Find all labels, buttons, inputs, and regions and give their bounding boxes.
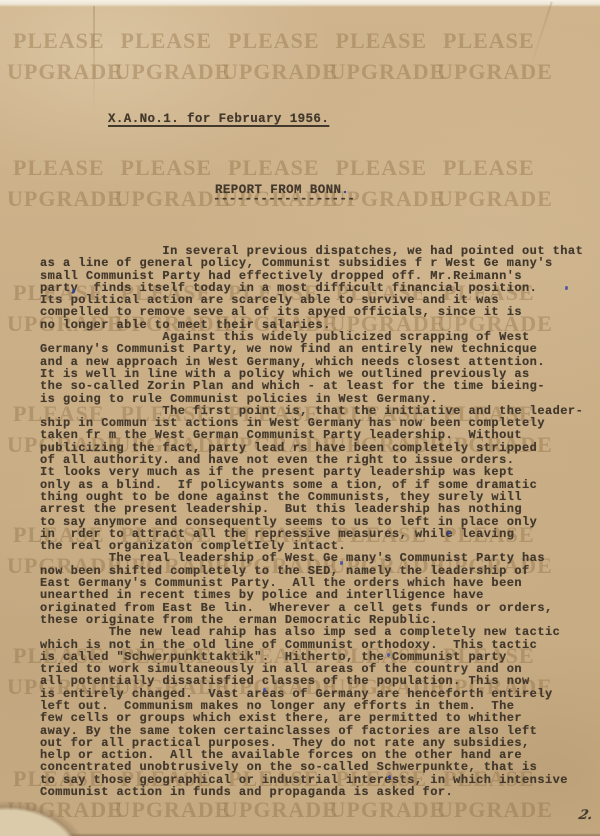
reference-line: X.A.No.1. for February 1956.: [108, 112, 329, 126]
typed-line: Germany's Communist Party, we now find a…: [40, 343, 598, 355]
typed-line: is going to rule Communist policies in W…: [40, 393, 598, 405]
page-number: 2.: [577, 808, 594, 823]
typed-line: all potentially dissatisfied classes of …: [40, 675, 598, 687]
typed-line: few cells or groups which exist there, a…: [40, 712, 598, 724]
typed-line: as a line of general policy, Communist s…: [40, 257, 598, 269]
scanned-page: PLEASEUPGRADEPLEASEUPGRADEPLEASEUPGRADEP…: [0, 0, 600, 836]
typed-line: to say anymore and consequently seems to…: [40, 516, 598, 528]
typed-line: the so-called Zorin Plan and which - at …: [40, 380, 598, 392]
typed-line: It looks very much as if the present par…: [40, 466, 598, 478]
typed-line: The real leadership of West Ge many's Co…: [40, 552, 598, 564]
typed-line: Communist action in funds and propaganda…: [40, 786, 598, 798]
typed-line: which is not in the old line of Communis…: [40, 639, 598, 651]
typed-line: taken fr m the West German Communist Par…: [40, 429, 598, 441]
typed-line: The new lead rahip has also imp sed a co…: [40, 626, 598, 638]
typed-text-layer: X.A.No.1. for February 1956. REPORT FROM…: [0, 0, 600, 836]
typed-line: concentrated unobtrusively on the so-cal…: [40, 761, 598, 773]
typed-line: arrest the present leadership. But this …: [40, 503, 598, 515]
typed-line: unearthed in recent times by police and …: [40, 589, 598, 601]
body-text: In several previous dispatches, we had p…: [40, 245, 598, 798]
report-title-underline: ------------------: [213, 192, 355, 206]
typed-line: compelled to remove seve al of its apyed…: [40, 306, 598, 318]
